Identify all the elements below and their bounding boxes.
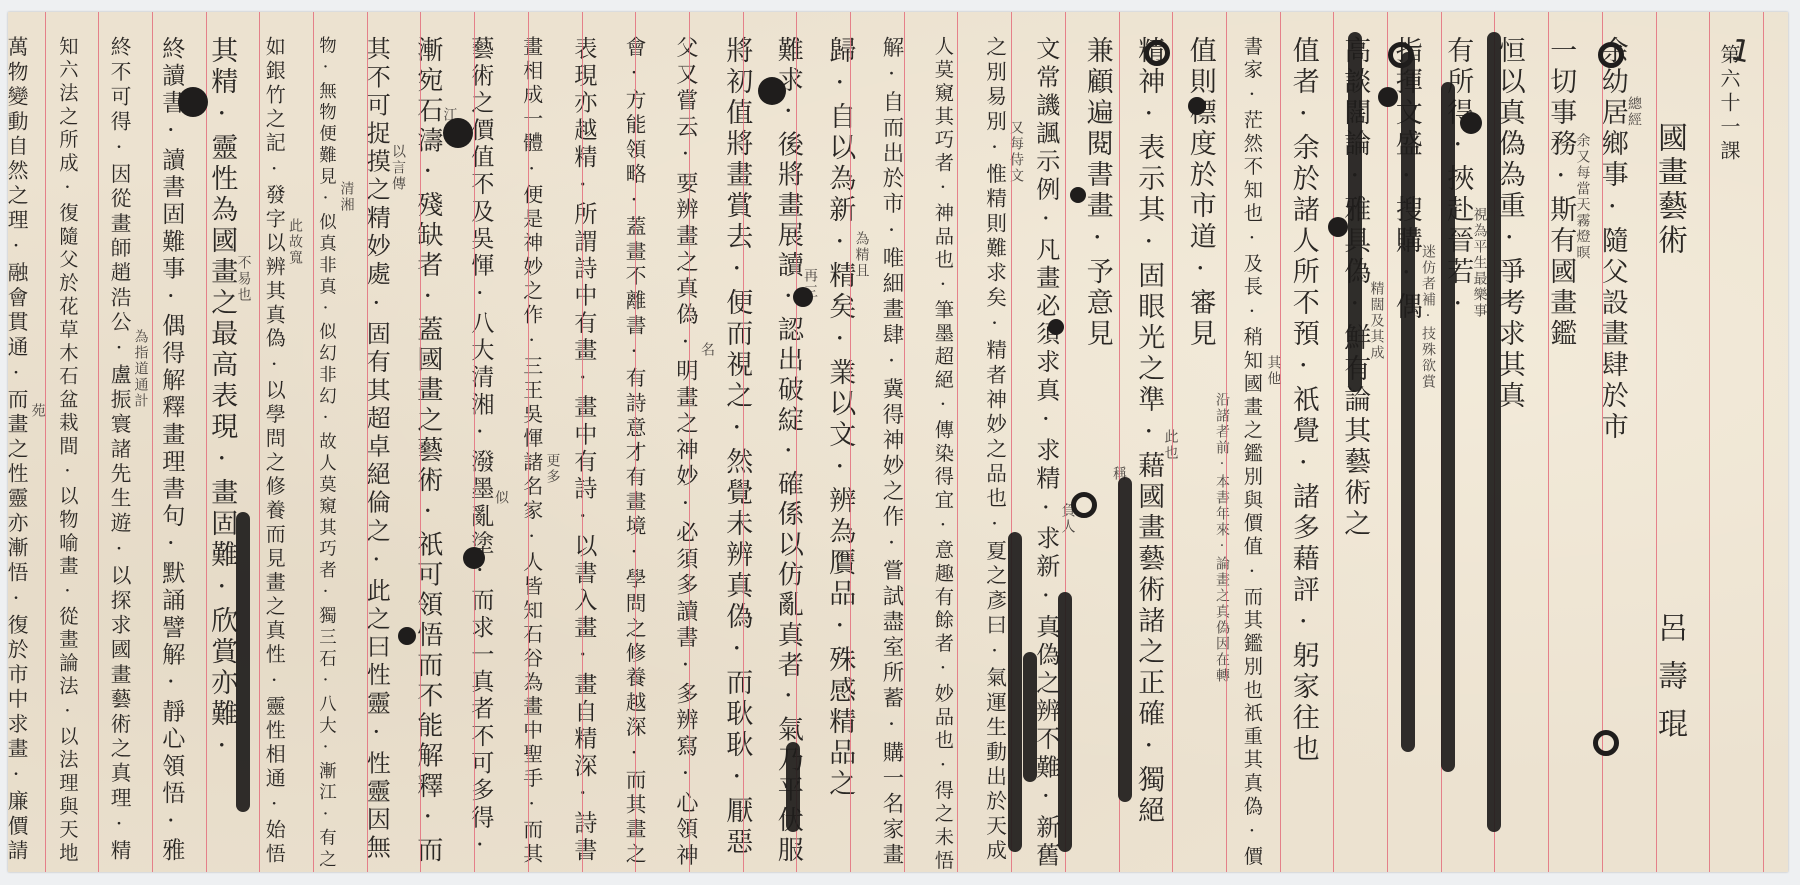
- margin-annotation: 更多: [543, 453, 563, 485]
- text-column: 兼顧遍閱書畫·予意見稱: [1072, 36, 1124, 854]
- ink-blot: [1188, 97, 1206, 115]
- ruled-line: [1280, 12, 1281, 872]
- ruled-line: [689, 12, 690, 872]
- margin-annotation: 總經: [1624, 96, 1644, 128]
- column-text: 一切事務·斯有國畫鑑: [1547, 36, 1574, 854]
- ruled-line: [420, 12, 421, 872]
- column-text: 知六法之所成·復隨父於花草木石盆栽間·以物喻畫·從畫論法·以法理與天地: [58, 36, 77, 854]
- column-text: 萬物變動自然之理·融會貫通·而畫之性靈亦漸悟·復於市中求畫·廉價請: [5, 36, 26, 854]
- ink-strikeout: [1401, 52, 1415, 752]
- ruled-line: [259, 12, 260, 872]
- manuscript-sheet: 1 第六十一課 國畫藝術 呂壽琨 余幼居鄉事·隨父設畫肆於市總經一切事務·斯有國…: [8, 12, 1788, 872]
- margin-annotation: 以言傳: [388, 144, 408, 192]
- author-column: 呂壽琨: [1638, 612, 1700, 854]
- margin-annotation: 精闊及其成: [1367, 281, 1387, 361]
- column-text: 漸宛石濤·殘缺者·蓋國畫之藝術·祇可領悟而不能解釋·而: [415, 36, 441, 854]
- ruled-line: [1548, 12, 1549, 872]
- column-text: 值則標度於市道·審見: [1187, 36, 1214, 854]
- ruled-line: [1709, 12, 1710, 872]
- column-text: 書家·茫然不知也·及長·稍知國畫之鑑別與價值·而其鑑別也祇重其真偽·價: [1242, 36, 1261, 854]
- text-column: 將初值將畫賞去·便而視之·然覺未辨真偽·而耿耿·厭惡: [711, 36, 763, 854]
- column-text: 會·方能領略·蓋畫不離書·有詩意才有畫境·學問之修養越深·而其畫之: [623, 36, 644, 854]
- ruled-line: [1172, 12, 1173, 872]
- ruled-line: [474, 12, 475, 872]
- margin-annotation: 名: [697, 342, 717, 358]
- ruled-line: [98, 12, 99, 872]
- column-text: 物·無物便難見·似真非真·似幻非幻·故人莫窺其巧者·獨三石·八大·漸江·有之: [316, 36, 333, 854]
- ruled-line: [635, 12, 636, 872]
- column-text: 值者·余於諸人所不預·祇覺·諸多藉評·躬家往也: [1290, 36, 1317, 854]
- column-text: 文常譏諷示例·凡畫必須求真·求精·求新·真偽之辨不難·新舊: [1034, 36, 1058, 854]
- ink-blot: [398, 627, 416, 645]
- ink-circle-mark: [1144, 40, 1170, 66]
- ruled-line: [582, 12, 583, 872]
- ink-blot: [1378, 87, 1398, 107]
- text-column: 會·方能領略·蓋畫不離書·有詩意才有畫境·學問之修養越深·而其畫之: [608, 36, 660, 854]
- ruled-line: [957, 12, 958, 872]
- ruled-line: [1387, 12, 1388, 872]
- margin-annotation: 余又每當天霧燈暝: [1573, 133, 1593, 261]
- text-column: 一切事務·斯有國畫鑑余又每當天霧燈暝: [1535, 36, 1587, 854]
- ink-blot: [463, 547, 485, 569]
- text-column: 父又嘗云·要辨畫之真偽·明畫之神妙·必須多讀書·多辨寫·心領神名: [660, 36, 712, 854]
- margin-annotation: 清湘: [337, 181, 357, 213]
- text-column: 萬物變動自然之理·融會貫通·而畫之性靈亦漸悟·復於市中求畫·廉價請苑: [0, 36, 42, 854]
- ink-blot: [443, 118, 473, 148]
- column-text: 終讀書·讀書固難事·偶得解釋畫理書句·默誦譬解·靜心領悟·雅: [159, 36, 182, 854]
- ruled-line: [152, 12, 153, 872]
- ink-blot: [758, 77, 786, 105]
- column-text: 終不可得·因從畫師趙浩公·盧振寰諸先生遊·以探求國畫藝術之真理·精: [108, 36, 129, 854]
- ruled-line: [904, 12, 905, 872]
- ruled-line: [1226, 12, 1227, 872]
- ink-blot: [1048, 319, 1064, 335]
- column-text: 解·自而出於市·唯細畫肆·冀得神妙之作·嘗試盡室所蓄·購一名家畫: [881, 36, 902, 854]
- column-text: 精神·表示其·固眼光之準·藉國畫藝術諸之正確·獨絕: [1135, 36, 1162, 854]
- ink-strikeout: [1348, 32, 1362, 392]
- ink-blot: [1070, 187, 1086, 203]
- column-text: 人莫窺其巧者·神品也·筆墨超絕·傳染得宜·意趣有餘者·妙品也·得之未悟: [933, 36, 952, 854]
- ink-circle-mark: [1388, 42, 1414, 68]
- text-column: 解·自而出於市·唯細畫肆·冀得神妙之作·嘗試盡室所蓄·購一名家畫: [866, 36, 918, 854]
- ruled-line: [313, 12, 314, 872]
- text-column: 知六法之所成·復隨父於花草木石盆栽間·以物喻畫·從畫論法·以法理與天地: [42, 36, 94, 854]
- ink-circle-mark: [1071, 492, 1097, 518]
- lesson-label: 第六十一課: [1719, 44, 1739, 854]
- ink-strikeout: [236, 512, 250, 812]
- ruled-line: [850, 12, 851, 872]
- ruled-line: [367, 12, 368, 872]
- ink-circle-mark: [1598, 42, 1624, 68]
- text-column: 難求·後將畫展讀·認出破綻·確係以仿亂真者·氣乃平伏服再三: [763, 36, 815, 854]
- column-text: 其精·靈性為國畫之最高表現·畫固難·欣賞亦難·: [208, 36, 235, 854]
- margin-annotation: 迷仿者補·技殊欲賞: [1418, 244, 1438, 390]
- text-column: 畫相成一體·便是神妙之作·三王吳惲諸名家·人皆知石谷為畫中聖手·而其更多: [505, 36, 557, 854]
- column-text: 如銀竹之記·發字以辨其真偽·以學問之修養而見畫之真性·靈性相通·始悟: [263, 36, 283, 854]
- ruled-line: [1333, 12, 1334, 872]
- text-column: 物·無物便難見·似真非真·似幻非幻·故人莫窺其巧者·獨三石·八大·漸江·有之清湘: [299, 36, 351, 854]
- text-column: 終不可得·因從畫師趙浩公·盧振寰諸先生遊·以探求國畫藝術之真理·精為指道通計: [93, 36, 145, 854]
- ink-blot: [793, 287, 813, 307]
- ruled-line: [1763, 12, 1764, 872]
- column-text: 藝術之價值不及吳惲·八大清湘·潑墨亂塗·而求一真者不可多得·: [468, 36, 491, 854]
- text-column: 人莫窺其巧者·神品也·筆墨超絕·傳染得宜·意趣有餘者·妙品也·得之未悟: [917, 36, 969, 854]
- column-text: 兼顧遍閱書畫·予意見: [1084, 36, 1111, 854]
- ink-blot: [1328, 217, 1348, 237]
- margin-annotation: 似: [491, 490, 511, 506]
- ruled-line: [528, 12, 529, 872]
- text-column: 藝術之價值不及吳惲·八大清湘·潑墨亂塗·而求一真者不可多得·似: [454, 36, 506, 854]
- lesson-title-column: 第六十一課: [1698, 36, 1760, 854]
- text-column: 有所得·挾赴晉若·視為平生最樂事: [1432, 36, 1484, 854]
- column-text: 將初值將畫賞去·便而視之·然覺未辨真偽·而耿耿·厭惡: [723, 36, 750, 854]
- document-viewer: 1 第六十一課 國畫藝術 呂壽琨 余幼居鄉事·隨父設畫肆於市總經一切事務·斯有國…: [0, 0, 1800, 885]
- ink-strikeout: [786, 742, 800, 832]
- ink-strikeout: [1008, 532, 1022, 852]
- ink-strikeout: [1487, 32, 1501, 832]
- ink-strikeout: [1058, 592, 1072, 852]
- margin-annotation: 此也: [1161, 429, 1181, 461]
- ruled-line: [1656, 12, 1657, 872]
- text-column: 歸·自以為新·精矣·業以文·辨為贋品·殊感精品之為精且: [814, 36, 866, 854]
- ruled-line: [45, 12, 46, 872]
- column-text: 畫相成一體·便是神妙之作·三王吳惲諸名家·人皆知石谷為畫中聖手·而其: [521, 36, 541, 854]
- author-name: 呂壽琨: [1654, 612, 1684, 854]
- text-column: 其不可捉摸之精妙處·固有其超卓絕倫之·此之曰性靈·性靈因無以言傳: [351, 36, 403, 854]
- ruled-line: [206, 12, 207, 872]
- ink-strikeout: [1441, 82, 1455, 772]
- margin-annotation: 此故寬: [285, 218, 305, 266]
- ink-blot: [178, 87, 208, 117]
- column-text: 之別易別·惟精則難求矣·精者神妙之品也·夏之彥曰·氣運生動出於天成: [984, 36, 1005, 854]
- text-column: 書家·茫然不知也·及長·稍知國畫之鑑別與價值·而其鑑別也祇重其真偽·價其他: [1226, 36, 1278, 854]
- ink-strikeout: [1023, 652, 1037, 782]
- margin-annotation: 又每侍文: [1006, 120, 1026, 184]
- text-column: 漸宛石濤·殘缺者·蓋國畫之藝術·祇可領悟而不能解釋·而江: [402, 36, 454, 854]
- text-column: 值則標度於市道·審見沿諸者前·本書年來·論畫之真偽因在轉: [1175, 36, 1227, 854]
- margin-annotation: 沿諸者前·本書年來·論畫之真偽因在轉: [1212, 392, 1232, 684]
- ink-circle-mark: [1593, 730, 1619, 756]
- column-text: 父又嘗云·要辨畫之真偽·明畫之神妙·必須多讀書·多辨寫·心領神: [674, 36, 696, 854]
- ink-blot: [1460, 112, 1482, 134]
- ruled-line: [743, 12, 744, 872]
- column-text: 難求·後將畫展讀·認出破綻·確係以仿亂真者·氣乃平伏服: [775, 36, 801, 854]
- text-column: 值者·余於諸人所不預·祇覺·諸多藉評·躬家往也: [1278, 36, 1330, 854]
- margin-annotation: 不易也: [234, 255, 254, 303]
- margin-annotation: 為指道通計: [131, 329, 151, 409]
- text-column: 如銀竹之記·發字以辨其真偽·以學問之修養而見畫之真性·靈性相通·始悟此故寬: [248, 36, 300, 854]
- ink-strikeout: [1118, 477, 1132, 802]
- margin-annotation: 為精且: [852, 231, 872, 279]
